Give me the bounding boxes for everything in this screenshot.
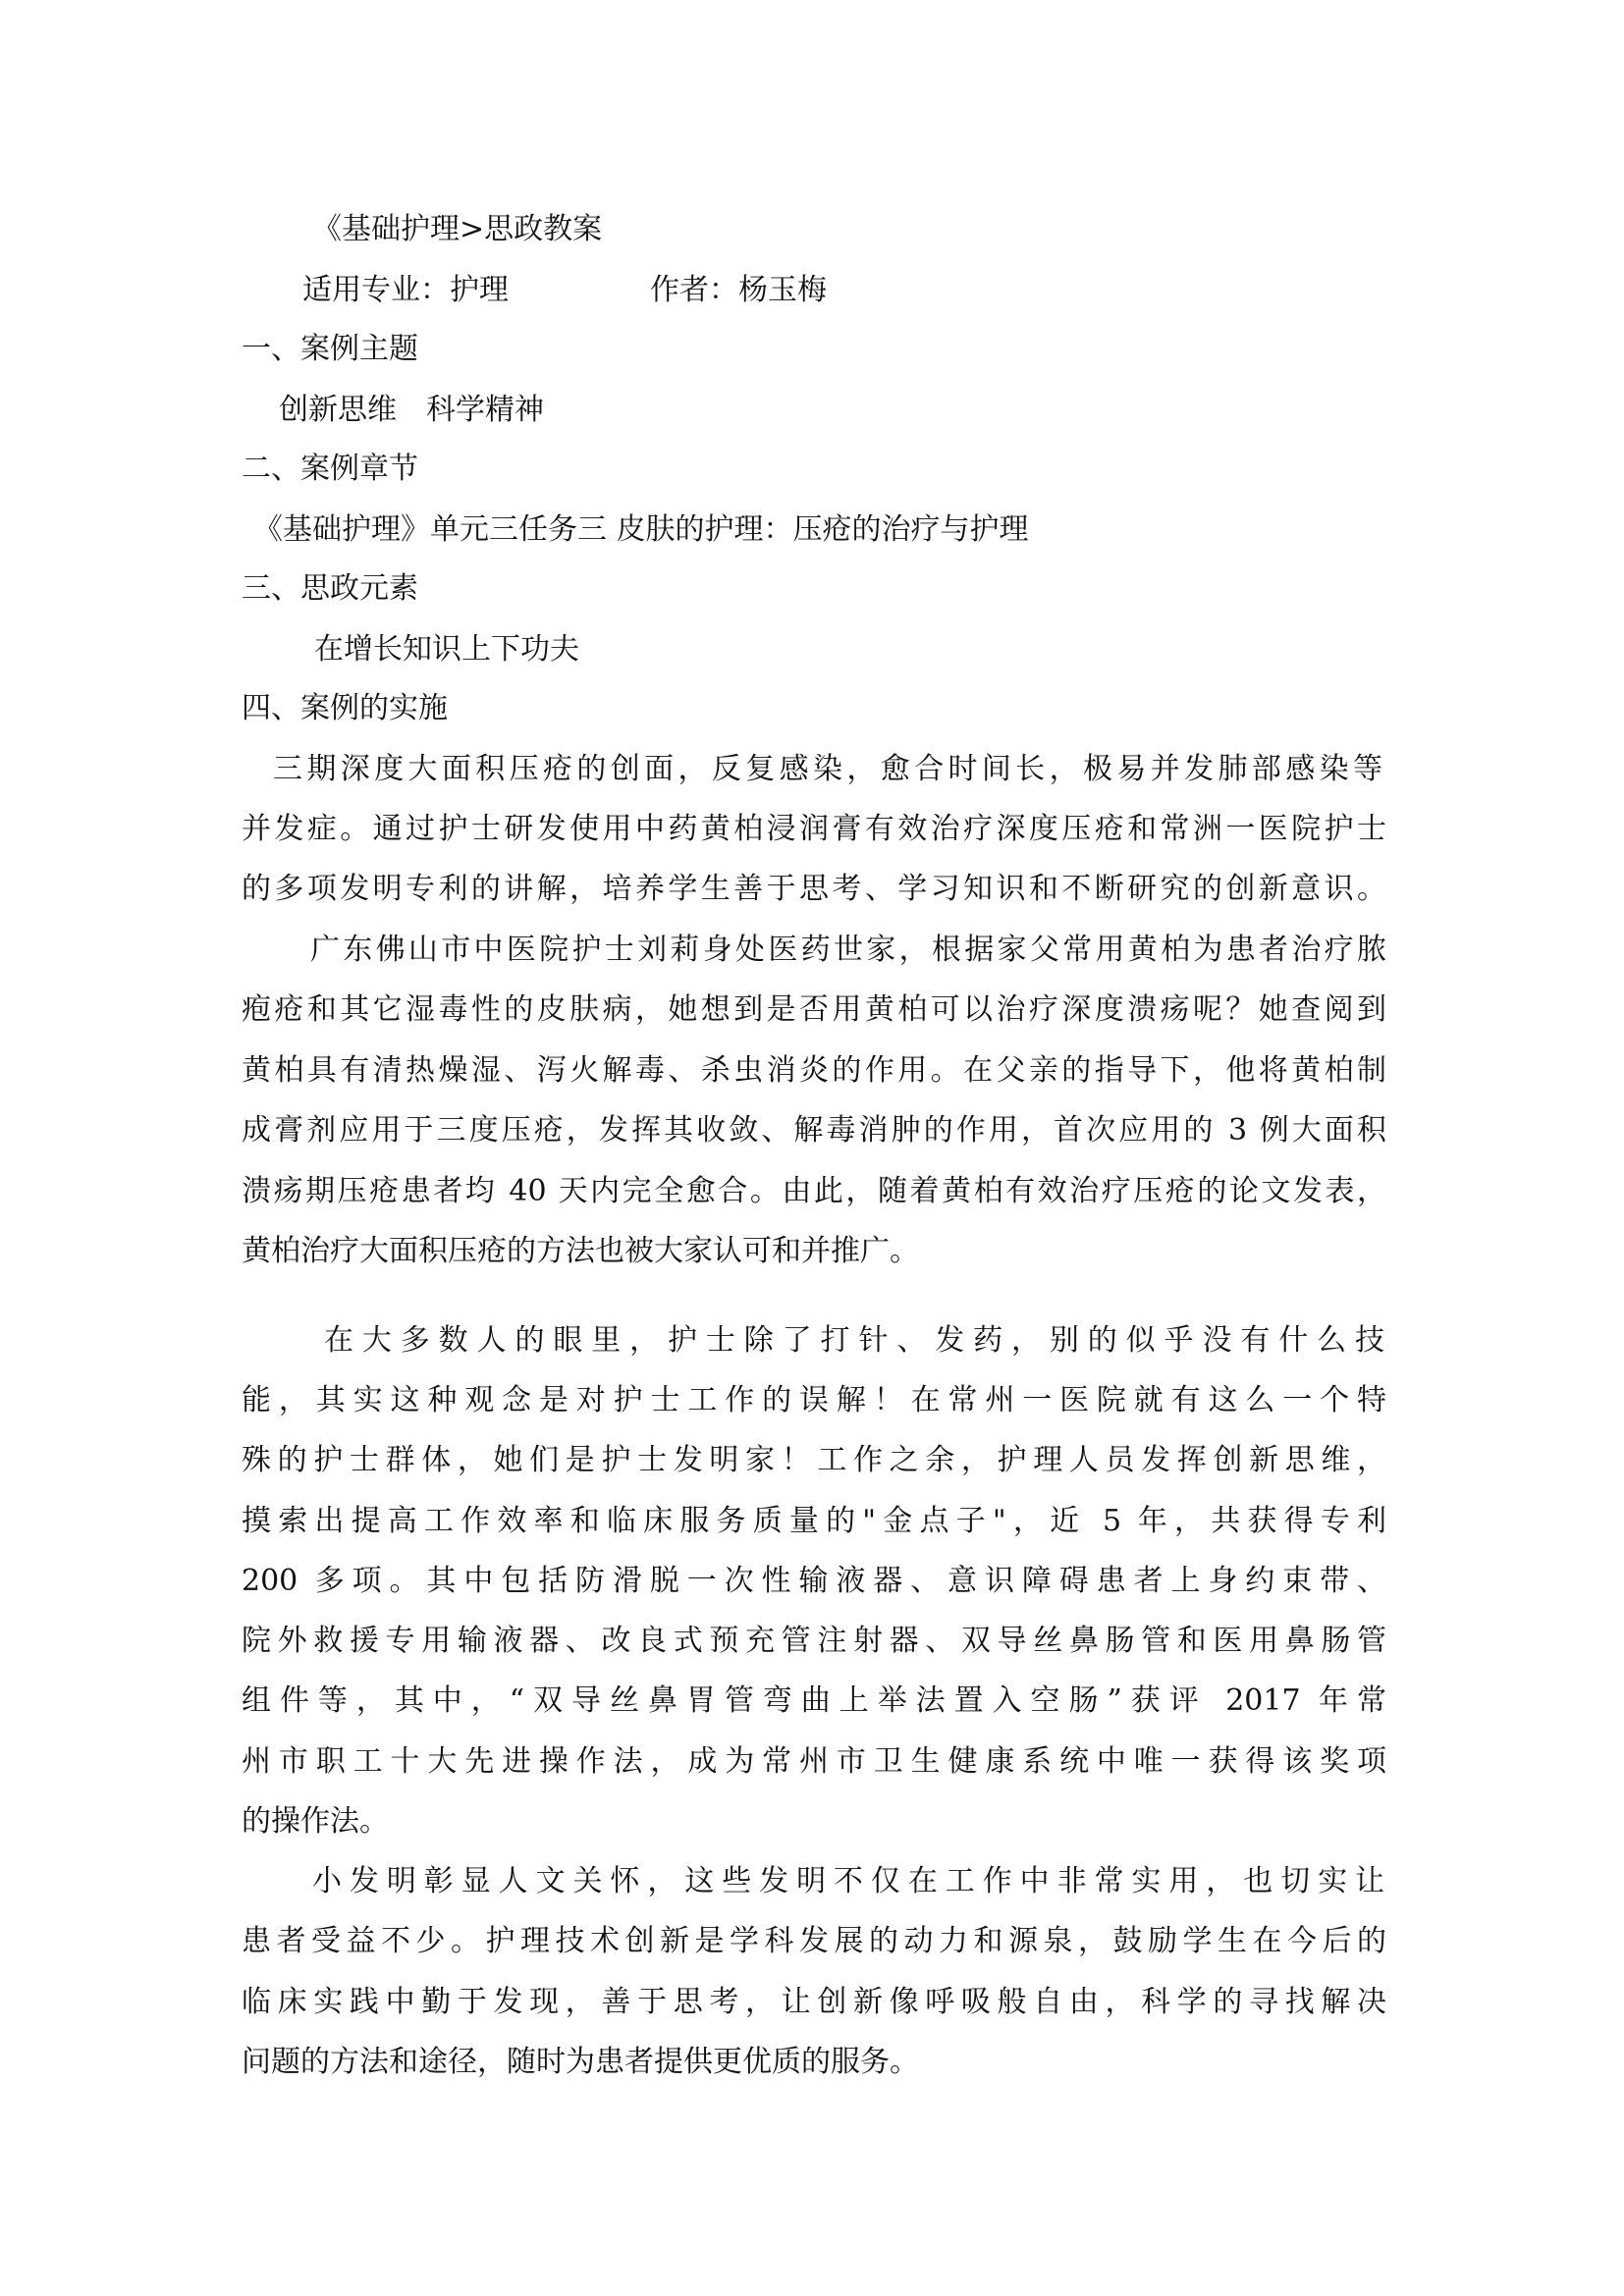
document-page: 《基础护理>思政教案 适用专业：护理 作者：杨玉梅 一、案例主题 创新思维 科学… [0, 0, 1624, 2296]
section-heading-theme: 一、案例主题 [242, 330, 418, 369]
paragraph-line: 并发症。通过护士研发使用中药黄柏浸润膏有效治疗深度压疮和常洲一医院护士 [242, 810, 1386, 849]
paragraph-line: 患者受益不少。护理技术创新是学科发展的动力和源泉，鼓励学生在今后的 [242, 1922, 1386, 1961]
paragraph-line: 能，其实这种观念是对护士工作的误解！在常州一医院就有这么一个特 [242, 1381, 1386, 1420]
paragraph-line: 广东佛山市中医院护士刘莉身处医药世家，根据家父常用黄柏为患者治疗脓 [310, 931, 1386, 970]
paragraph-line: 州市职工十大先进操作法，成为常州市卫生健康系统中唯一获得该奖项 [242, 1742, 1386, 1782]
paragraph-line: 200 多项。其中包括防滑脱一次性输液器、意识障碍患者上身约束带、 [242, 1562, 1386, 1601]
paragraph-line: 在大多数人的眼里，护士除了打针、发药，别的似乎没有什么技 [324, 1321, 1384, 1361]
author: 作者：杨玉梅 [650, 271, 827, 310]
paragraph-line: 的操作法。 [242, 1802, 389, 1842]
applicable-major: 适用专业：护理 [302, 271, 509, 310]
case-chapter-text: 《基础护理》单元三任务三 皮肤的护理：压疮的治疗与护理 [253, 510, 1029, 550]
paragraph-line: 的多项发明专利的讲解，培养学生善于思考、学习知识和不断研究的创新意识。 [242, 870, 1386, 909]
paragraph-line: 成膏剂应用于三度压疮，发挥其收敛、解毒消肿的作用，首次应用的 3 例大面积 [242, 1111, 1386, 1150]
section-heading-implementation: 四、案例的实施 [242, 689, 448, 728]
ideological-element-text: 在增长知识上下功夫 [314, 630, 579, 669]
paragraph-line: 黄柏具有清热燥湿、泻火解毒、杀虫消炎的作用。在父亲的指导下，他将黄柏制 [242, 1051, 1386, 1091]
paragraph-line: 小发明彰显人文关怀，这些发明不仅在工作中非常实用，也切实让 [312, 1862, 1384, 1901]
paragraph-line: 溃疡期压疮患者均 40 天内完全愈合。由此，随着黄柏有效治疗压疮的论文发表， [242, 1172, 1386, 1211]
paragraph-line: 临床实践中勤于发现，善于思考，让创新像呼吸般自由，科学的寻找解决 [242, 1983, 1386, 2022]
paragraph-line: 殊的护士群体，她们是护士发明家！工作之余，护理人员发挥创新思维， [242, 1441, 1386, 1480]
section-heading-chapter: 二、案例章节 [242, 450, 418, 489]
paragraph-line: 疱疮和其它湿毒性的皮肤病，她想到是否用黄柏可以治疗深度溃疡呢？她查阅到 [242, 990, 1386, 1030]
paragraph-line: 问题的方法和途径，随时为患者提供更优质的服务。 [242, 2043, 919, 2082]
paragraph-line: 黄柏治疗大面积压疮的方法也被大家认可和并推广。 [242, 1232, 919, 1271]
paragraph-line: 三期深度大面积压疮的创面，反复感染，愈合时间长，极易并发肺部感染等 [273, 750, 1382, 789]
paragraph-line: 摸索出提高工作效率和临床服务质量的"金点子"，近 5 年，共获得专利 [242, 1502, 1386, 1541]
case-theme-text: 创新思维 科学精神 [279, 391, 544, 430]
section-heading-elements: 三、思政元素 [242, 569, 418, 609]
paragraph-line: 组件等，其中，“双导丝鼻胃管弯曲上举法置入空肠”获评 2017 年常 [242, 1682, 1386, 1721]
paragraph-line: 院外救援专用输液器、改良式预充管注射器、双导丝鼻肠管和医用鼻肠管 [242, 1622, 1386, 1661]
document-title: 《基础护理>思政教案 [312, 210, 602, 249]
